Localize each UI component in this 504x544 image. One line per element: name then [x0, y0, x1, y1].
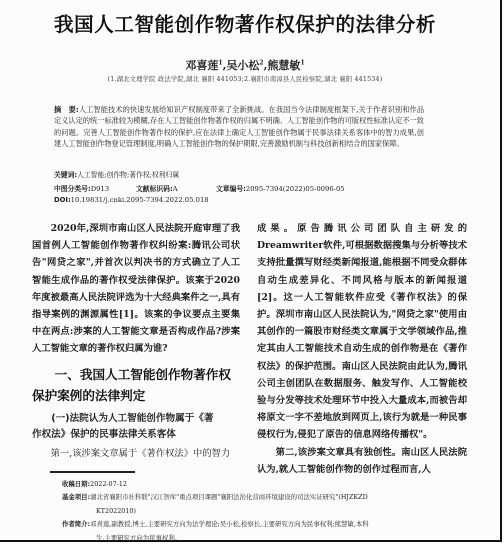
body-paragraph: 第一,该涉案文章属于《著作权法》中的智力: [32, 445, 240, 462]
fund-label: 基金项目:: [62, 493, 90, 501]
received-date: 收稿日期:2022-07-12: [62, 478, 442, 491]
abstract-text: 人工智能技术的快速发展给知识产权制度带来了全新挑战。在我国当今法律制度框架下,关…: [54, 105, 424, 148]
author-bio-continued: 生,主要研究方向为民事权利。: [62, 532, 442, 544]
doc-code-value: A: [173, 185, 178, 193]
author-list: 邓喜莲1,吴小松2,熊慧敏1: [0, 57, 490, 73]
keywords-label: 关键词:: [54, 171, 77, 179]
intro-paragraph: 2020年,深圳市南山区人民法院开庭审理了我国首例人工智能创作物著作权纠纷案:腾…: [32, 220, 240, 358]
keywords-text: 人工智能;创作物;著作权;权利归属: [77, 171, 179, 179]
fund-info: 基金项目:湖北省襄阳市社科联"汉江智库"重点项目课题"襄阳法治化营商环境建设的司…: [62, 491, 442, 504]
section-heading-line2: 保护案例的法律判定: [32, 388, 145, 403]
paper-page: 我国人工智能创作物著作权保护的法律分析 邓喜莲1,吴小松2,熊慧敏1 (1.湖北…: [0, 0, 502, 542]
fund-info-continued: KT2022010): [62, 505, 442, 518]
affil-mark: 1: [300, 59, 304, 66]
abstract: 摘 要:人工智能技术的快速发展给知识产权制度带来了全新挑战。在我国当今法律制度框…: [54, 104, 424, 150]
footnotes: 收稿日期:2022-07-12 基金项目:湖北省襄阳市社科联"汉江智库"重点项目…: [62, 478, 442, 544]
clc-value: D913: [91, 185, 109, 193]
doi-row: DOI:10.19831/j.cnki.2095-7394.2022.05.01…: [54, 196, 209, 204]
section-heading-line1: 一、我国人工智能创作物著作权: [32, 364, 240, 385]
author-bio: 作者简介:邓喜莲,副教授,博士,主要研究方向为法学理论;吴小松,检察长,主要研究…: [62, 518, 442, 531]
received-label: 收稿日期:: [62, 480, 90, 488]
subsection-heading-line2: 作权法》保护的民事法律关系客体: [32, 429, 176, 440]
section-heading: 一、我国人工智能创作物著作权 保护案例的法律判定: [32, 364, 240, 406]
body-paragraph-continued: 成果。原告腾讯公司团队自主研发的Dreamwriter软件,可根据数据搜集与分析…: [257, 220, 467, 444]
author-name: 熊慧敏: [267, 59, 300, 72]
keywords: 关键词:人工智能;创作物;著作权;权利归属: [54, 169, 179, 179]
received-value: 2022-07-12: [90, 480, 127, 488]
body-paragraph: 第二,该涉案文章具有独创性。南山区人民法院认为,就人工智能创作物的创作过程而言,…: [257, 444, 467, 478]
doi-label: DOI:: [54, 196, 71, 204]
doc-code-label: 文献标识码:: [136, 185, 173, 193]
affiliations: (1.湖北文理学院 政法学院,湖北 襄阳 441053;2.襄阳市南漳县人民检察…: [0, 74, 490, 83]
classification-row: 中图分类号:D913文献标识码:A文章编号:2095-7394(2022)05-…: [54, 183, 454, 193]
author-name: 吴小松: [226, 59, 259, 72]
paper-title: 我国人工智能创作物著作权保护的法律分析: [0, 9, 490, 37]
clc-label: 中图分类号:: [54, 185, 91, 193]
doi-value: 10.19831/j.cnki.2095-7394.2022.05.018: [71, 196, 209, 204]
footnote-divider: [50, 471, 135, 473]
author-name: 邓喜莲: [185, 59, 218, 72]
bio-value: 邓喜莲,副教授,博士,主要研究方向为法学理论;吴小松,检察长,主要研究方向为民事…: [90, 520, 369, 528]
subsection-heading: (一)法院认为人工智能创作物属于《著 作权法》保护的民事法律关系客体: [32, 411, 240, 443]
left-column: 2020年,深圳市南山区人民法院开庭审理了我国首例人工智能创作物著作权纠纷案:腾…: [32, 220, 240, 462]
fund-value: 湖北省襄阳市社科联"汉江智库"重点项目课题"襄阳法治化营商环境建设的司法实证研究…: [90, 493, 368, 501]
right-column: 成果。原告腾讯公司团队自主研发的Dreamwriter软件,可根据数据搜集与分析…: [257, 220, 467, 478]
subsection-heading-line1: (一)法院认为人工智能创作物属于《著: [32, 411, 240, 427]
article-no-label: 文章编号:: [216, 185, 246, 193]
article-no-value: 2095-7394(2022)05-0096-05: [246, 185, 345, 193]
bio-label: 作者简介:: [62, 520, 90, 528]
abstract-label: 摘 要:: [54, 105, 79, 114]
